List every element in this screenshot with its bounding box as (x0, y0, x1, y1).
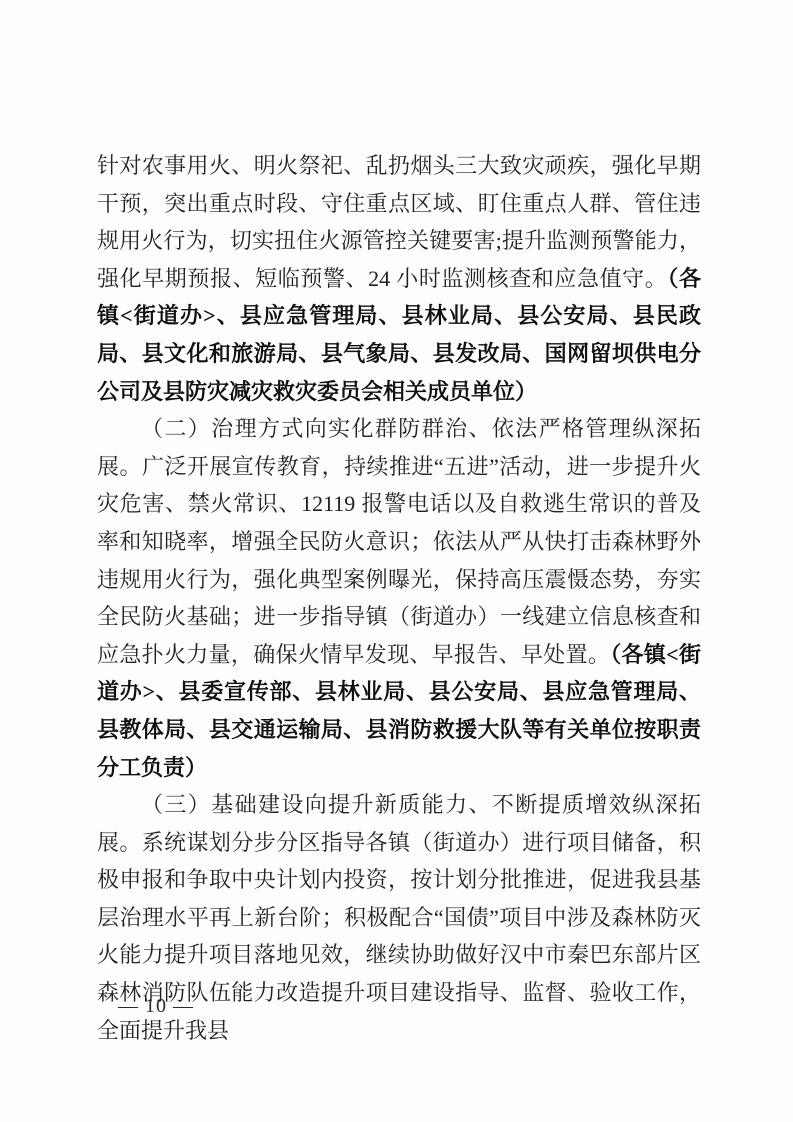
page-number: — 10 — (118, 995, 194, 1018)
paragraph: 针对农事用火、明火祭祀、乱扔烟头三大致灾顽疾，强化早期干预，突出重点时段、守住重… (97, 147, 701, 410)
document-body: 针对农事用火、明火祭祀、乱扔烟头三大致灾顽疾，强化早期干预，突出重点时段、守住重… (97, 147, 701, 1049)
document-page: 针对农事用火、明火祭祀、乱扔烟头三大致灾顽疾，强化早期干预，突出重点时段、守住重… (0, 0, 793, 1122)
body-text-segment: 广泛开展宣传教育，持续推进“五进”活动，进一步提升火灾危害、禁火常识、12119… (97, 454, 701, 667)
paragraph: （二）治理方式向实化群防群治、依法严格管理纵深拓展。广泛开展宣传教育，持续推进“… (97, 410, 701, 786)
body-text-segment: 针对农事用火、明火祭祀、乱扔烟头三大致灾顽疾，强化早期干预，突出重点时段、守住重… (97, 153, 701, 291)
